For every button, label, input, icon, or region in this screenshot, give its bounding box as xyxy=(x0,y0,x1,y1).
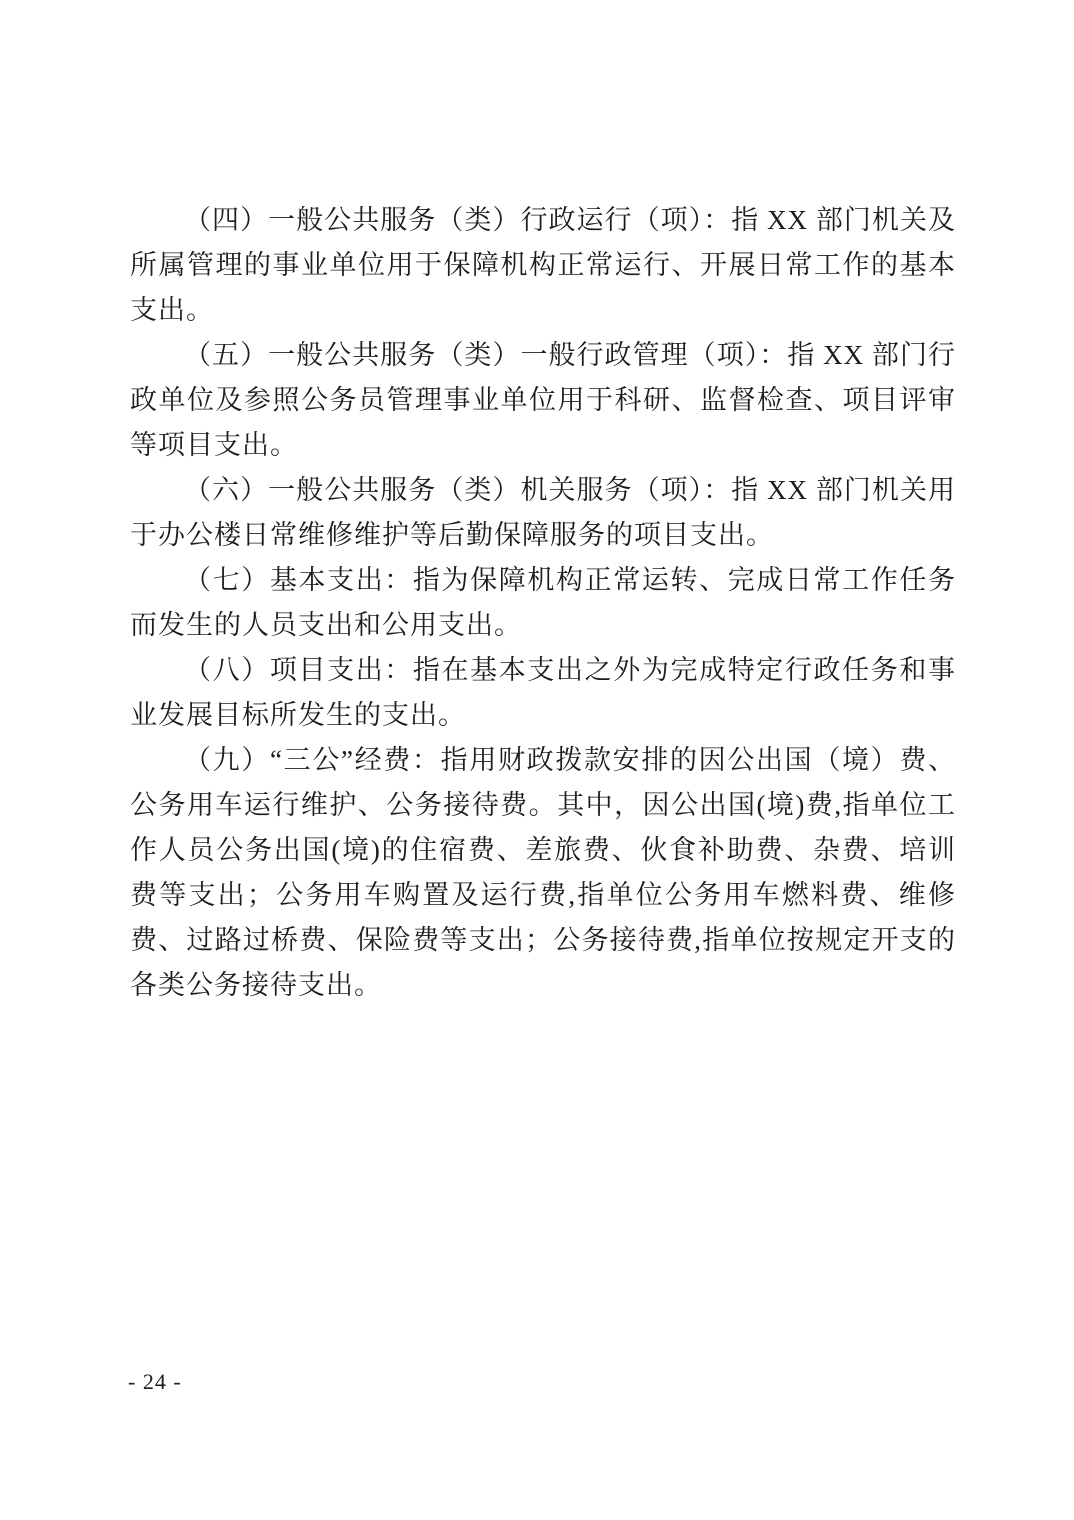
paragraph-item-5: （五）一般公共服务（类）一般行政管理（项）：指 XX 部门行政单位及参照公务员管… xyxy=(130,333,956,468)
paragraph-three-public-funds: （九）“三公”经费：指用财政拨款安排的因公出国（境）费、公务用车运行维护、公务接… xyxy=(130,738,956,1008)
paragraph-item-4: （四）一般公共服务（类）行政运行（项）：指 XX 部门机关及所属管理的事业单位用… xyxy=(130,198,956,333)
paragraph-basic-expenditure: （七）基本支出：指为保障机构正常运转、完成日常工作任务而发生的人员支出和公用支出… xyxy=(130,558,956,648)
paragraph-item-6: （六）一般公共服务（类）机关服务（项）：指 XX 部门机关用于办公楼日常维修维护… xyxy=(130,468,956,558)
document-body: （四）一般公共服务（类）行政运行（项）：指 XX 部门机关及所属管理的事业单位用… xyxy=(130,198,956,1008)
document-page: （四）一般公共服务（类）行政运行（项）：指 XX 部门机关及所属管理的事业单位用… xyxy=(0,0,1074,1520)
page-number: - 24 - xyxy=(128,1368,182,1396)
paragraph-project-expenditure: （八）项目支出：指在基本支出之外为完成特定行政任务和事业发展目标所发生的支出。 xyxy=(130,648,956,738)
